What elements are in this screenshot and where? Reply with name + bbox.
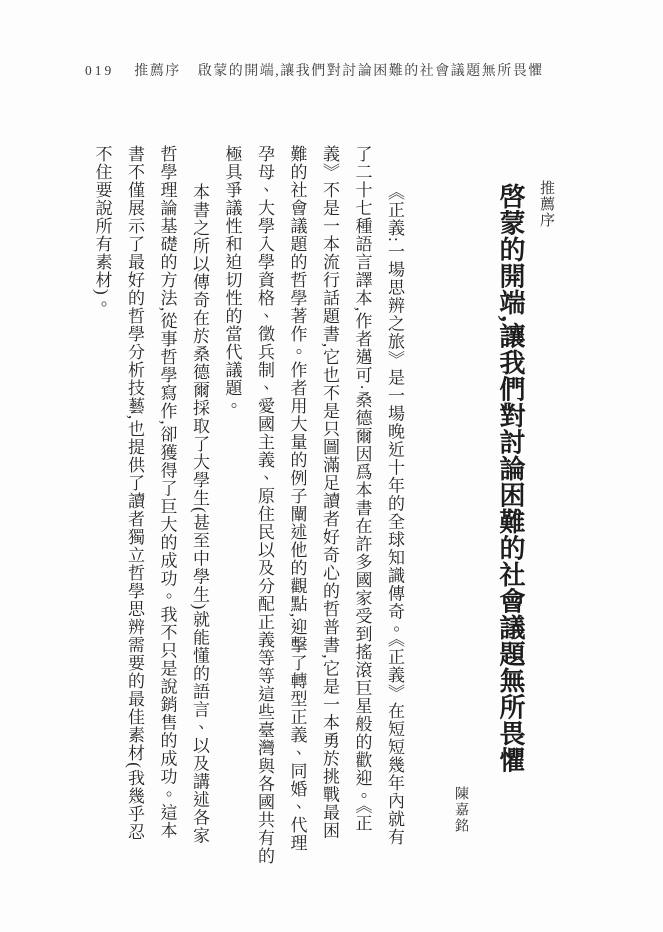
body-column-p1-c1: 《正義:一場思辨之旅》是一場晚近十年的全球知識傳奇。《正義》在短短幾年內就有 [378,145,411,867]
body-column-p1-c4: 難的社會議題的哲學著作。作者用大量的例子闡述他的觀點,迎擊了轉型正義、同婚、代理 [280,145,313,867]
body-text: 《正義:一場思辨之旅》是一場晚近十年的全球知識傳奇。《正義》在短短幾年內就有了二… [85,145,410,867]
section-label: 推薦序 [536,180,556,228]
body-column-p2-c3: 書不僅展示了最好的哲學分析技藝,也提供了讀者獨立哲學思辨需要的最佳素材(我幾乎忍 [118,145,151,867]
body-column-p1-c2: 了二十七種語言譯本,作者邁可·桑德爾因爲本書在許多國家受到搖滾巨星般的歡迎。《正 [345,145,378,867]
body-column-p2-c1: 本書之所以傳奇在於桑德爾採取了大學生(甚至中學生)就能懂的語言、以及講述各家 [183,145,216,867]
header-running-title: 啟蒙的開端,讓我們對討論困難的社會議題無所畏懼 [198,60,544,80]
body-column-p1-c6: 極具爭議性和迫切性的當代議題。 [215,145,248,867]
body-column-p2-c4: 不住要說所有素材)。 [85,145,118,867]
body-column-p2-c2: 哲學理論基礎的方法,從事哲學寫作,卻獲得了巨大的成功。我不只是說銷售的成功。這本 [150,145,183,867]
body-column-p1-c3: 義》不是一本流行話題書,它也不是只圖滿足讀者好奇心的哲普書,它是一本勇於挑戰最困 [313,145,346,867]
book-page: 019 推薦序 啟蒙的開端,讓我們對討論困難的社會議題無所畏懼 推薦序 啓蒙的開… [0,0,663,932]
body-column-p1-c5: 孕母、大學入學資格、徵兵制、愛國主義、原住民以及分配正義等等這些臺灣與各國共有的 [248,145,281,867]
author-name: 陳嘉銘 [449,786,471,834]
page-number: 019 [85,63,114,79]
running-header: 019 推薦序 啟蒙的開端,讓我們對討論困難的社會議題無所畏懼 [85,60,544,80]
header-section-label: 推薦序 [134,60,181,80]
chapter-title: 啓蒙的開端,讓我們對討論困難的社會議題無所畏懼 [494,183,526,773]
